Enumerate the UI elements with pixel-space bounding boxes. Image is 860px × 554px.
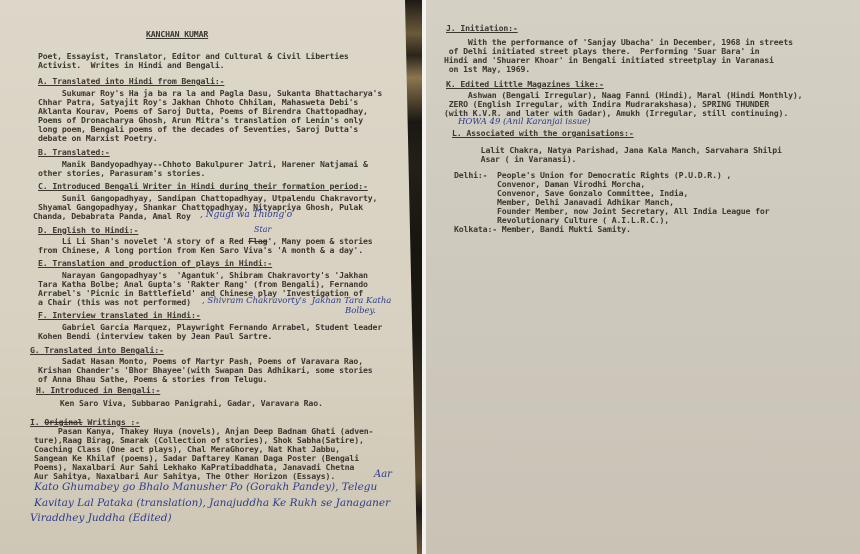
text-line: from Chinese, A long portion from Ken Sa… xyxy=(38,246,363,256)
handwritten-annotation: Aar xyxy=(374,469,392,480)
page-left: KANCHAN KUMAR Poet, Essayist, Translator… xyxy=(0,0,418,554)
section-e-heading: E. Translation and production of plays i… xyxy=(38,259,272,269)
text-line: Kohen Bendi (interview taken by Jean Pau… xyxy=(38,332,272,342)
intro-line-2: Activist. Writes in Hindi and Bengali. xyxy=(38,61,224,71)
text-line: on 1st May, 1969. xyxy=(444,65,530,75)
handwritten-annotation: , Ngũgĩ wa Thiong'o xyxy=(200,210,292,220)
handwritten-annotation: Kato Ghumabey go Bhalo Manusher Po (Gora… xyxy=(34,481,377,493)
section-a-heading: A. Translated into Hindi from Bengali:- xyxy=(38,77,224,87)
handwritten-annotation: Kavitay Lal Pataka (translation), Janaju… xyxy=(34,497,390,509)
handwritten-annotation: HOWA 49 (Anil Karanjai issue) xyxy=(458,117,591,127)
section-d-heading: D. English to Hindi:- xyxy=(38,226,138,236)
section-c-heading: C. Introduced Bengali Writer in Hindi du… xyxy=(38,182,368,192)
handwritten-correction: Star xyxy=(254,225,271,234)
section-g-heading: G. Translated into Bengali:- xyxy=(30,346,164,356)
document-title: KANCHAN KUMAR xyxy=(146,30,208,40)
handwritten-annotation: Bolbey. xyxy=(345,306,376,316)
text-line: Asar ( in Varanasi). xyxy=(452,155,576,165)
section-j-heading: J. Initiation:- xyxy=(446,24,518,34)
text-line: of Anna Bhau Sathe, Poems & stories from… xyxy=(38,375,267,385)
text-line: a Chair (this was not performed) xyxy=(38,298,191,308)
text-line: Chanda, Debabrata Panda, Amal Roy xyxy=(33,212,191,222)
page-right: J. Initiation:- With the performance of … xyxy=(426,0,860,554)
handwritten-annotation: Viraddhey Juddha (Edited) xyxy=(30,512,172,524)
text-line: Ken Saro Viva, Subbarao Panigrahi, Gadar… xyxy=(36,399,323,409)
section-f-heading: F. Interview translated in Hindi:- xyxy=(38,311,201,321)
section-l-heading: L. Associated with the organisations:- xyxy=(452,129,634,139)
text-line: other stories, Parasuram's stories. xyxy=(38,169,205,179)
section-b-heading: B. Translated:- xyxy=(38,148,110,158)
section-h-heading: H. Introduced in Bengali:- xyxy=(36,386,160,396)
handwritten-annotation: , Shivram Chakravorty's Jakhan Tara Kath… xyxy=(202,296,391,306)
text-line: debate on Marxist Poetry. xyxy=(38,134,157,144)
text-line: Kolkata:- Member, Bandi Mukti Samity. xyxy=(454,225,631,235)
section-k-heading: K. Edited Little Magazines like:- xyxy=(446,80,604,90)
